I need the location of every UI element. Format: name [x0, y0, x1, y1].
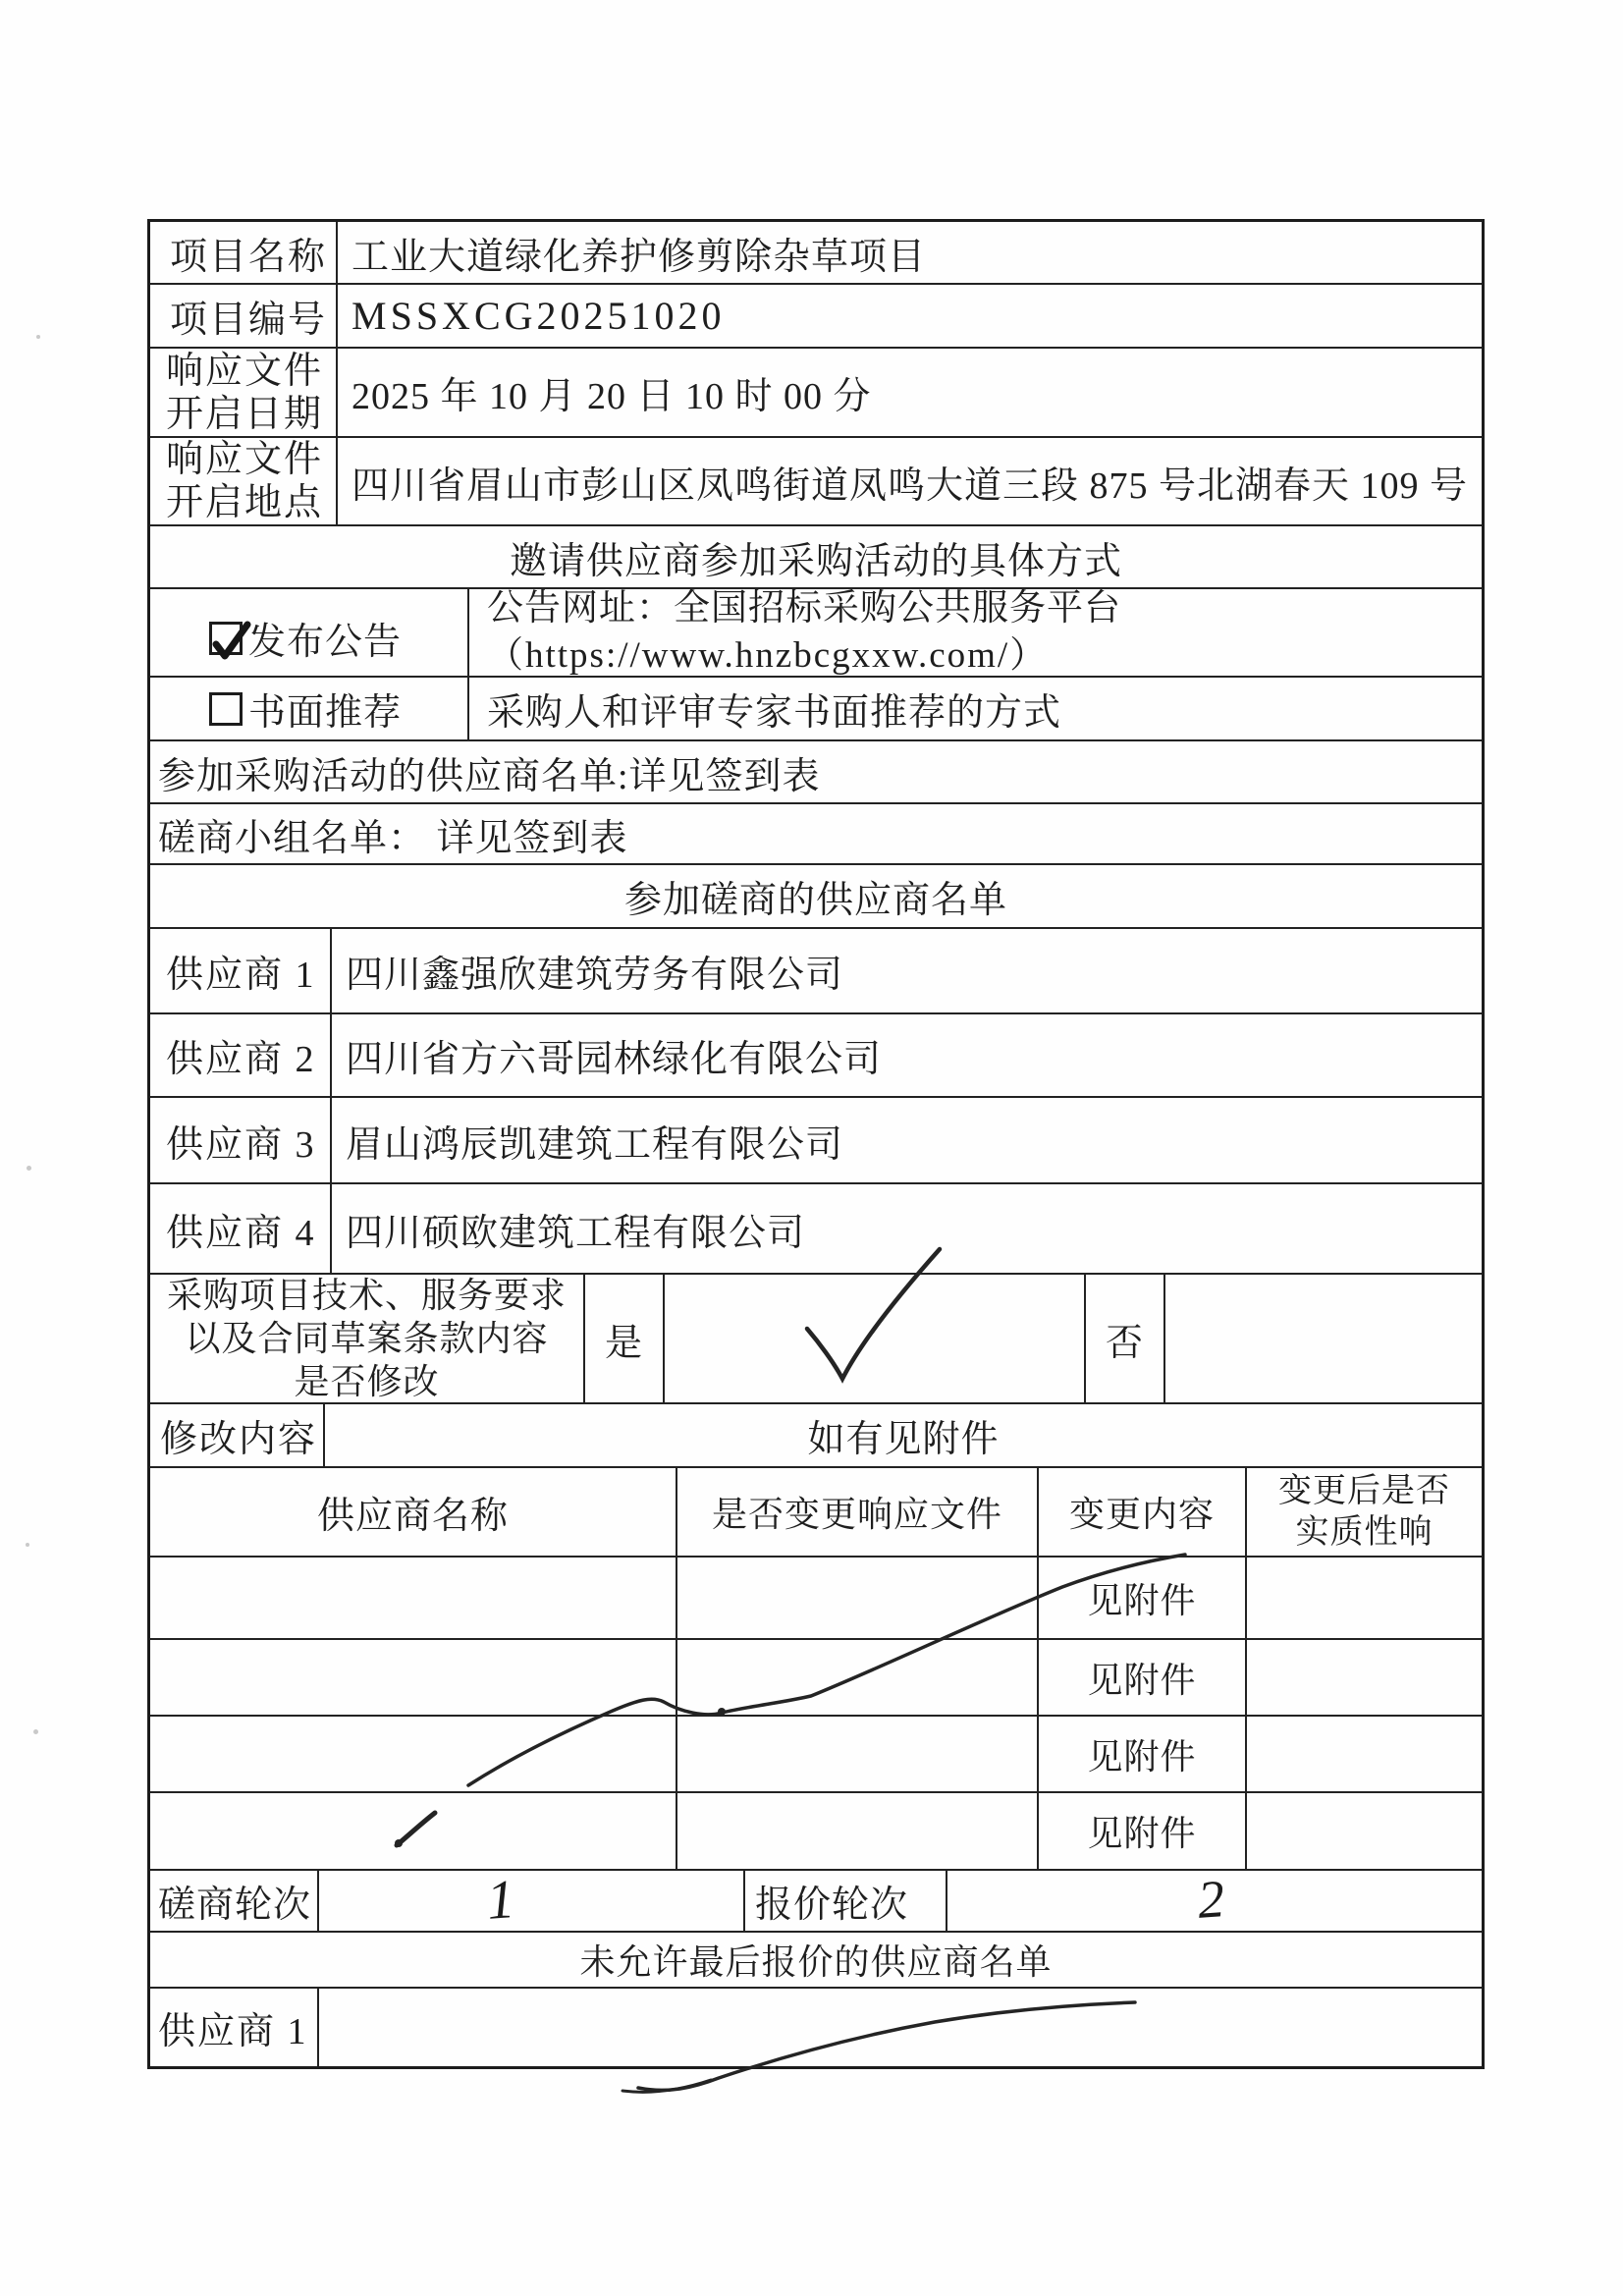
excluded-supplier-value [319, 1989, 1482, 2066]
written-recommendation-option: 书面推荐 [150, 678, 469, 739]
suppliers-list-header: 参加磋商的供应商名单 [150, 865, 1482, 927]
change-row-supplier [150, 1717, 677, 1791]
scan-speck [27, 1166, 31, 1171]
open-place-value: 四川省眉山市彭山区凤鸣街道凤鸣大道三段 875 号北湖春天 109 号 [338, 438, 1482, 524]
negotiation-round-label: 磋商轮次 [150, 1871, 319, 1931]
change-row-supplier [150, 1793, 677, 1869]
modify-question-label: 采购项目技术、服务要求 以及合同草案条款内容 是否修改 [150, 1275, 585, 1402]
change-header-substantive-line1: 变更后是否 [1278, 1471, 1450, 1512]
row-modify-question: 采购项目技术、服务要求 以及合同草案条款内容 是否修改 是 否 [150, 1275, 1482, 1404]
change-header-substantive: 变更后是否 实质性响 [1247, 1468, 1482, 1556]
modify-no-label: 否 [1086, 1275, 1165, 1402]
handwritten-quote-round: 2 [1196, 1868, 1226, 1931]
row-no-final-quote-header: 未允许最后报价的供应商名单 [150, 1933, 1482, 1989]
modify-question-line2: 以及合同草案条款内容 [185, 1317, 548, 1360]
supplier-row: 供应商 3 眉山鸿辰凯建筑工程有限公司 [150, 1098, 1482, 1184]
written-recommendation-label: 书面推荐 [248, 682, 402, 736]
change-header-content: 变更内容 [1039, 1468, 1247, 1556]
change-row-changed [677, 1640, 1039, 1715]
project-number-value: MSSXCG20251020 [338, 285, 1482, 347]
change-row-changed [677, 1793, 1039, 1869]
change-header-substantive-line2: 实质性响 [1296, 1512, 1434, 1554]
change-row-content: 见附件 [1039, 1558, 1247, 1638]
scan-speck [26, 1543, 29, 1547]
change-row-changed [677, 1558, 1039, 1638]
supplier-row: 供应商 1 四川鑫强欣建筑劳务有限公司 [150, 929, 1482, 1014]
row-modify-content: 修改内容 如有见附件 [150, 1404, 1482, 1468]
negotiation-round-value-cell [319, 1871, 745, 1931]
open-date-value: 2025 年 10 月 20 日 10 时 00 分 [338, 349, 1482, 436]
change-table-row: 见附件 [150, 1717, 1482, 1793]
scan-speck [36, 335, 40, 339]
scan-speck [33, 1729, 38, 1734]
supplier-label: 供应商 2 [150, 1014, 332, 1096]
attend-suppliers-note: 参加采购活动的供应商名单:详见签到表 [150, 741, 1482, 802]
row-panel-note: 磋商小组名单： 详见签到表 [150, 804, 1482, 865]
change-row-content: 见附件 [1039, 1640, 1247, 1715]
change-row-supplier [150, 1640, 677, 1715]
procurement-table: 项目名称 工业大道绿化养护修剪除杂草项目 项目编号 MSSXCG20251020… [147, 219, 1485, 2069]
announcement-url-title: 公告网址：全国招标采购公共服务平台 [487, 589, 1121, 632]
unchecked-checkbox-icon [209, 692, 243, 726]
change-table-row: 见附件 [150, 1640, 1482, 1717]
checked-checkbox-icon [209, 622, 243, 655]
change-table-row: 见附件 [150, 1558, 1482, 1640]
supplier-label: 供应商 1 [150, 929, 332, 1012]
project-number-label: 项目编号 [150, 285, 338, 347]
supplier-name: 四川鑫强欣建筑劳务有限公司 [332, 929, 1482, 1012]
change-header-supplier: 供应商名称 [150, 1468, 677, 1556]
modify-no-mark-cell [1165, 1275, 1482, 1402]
change-row-substantive [1247, 1717, 1482, 1791]
supplier-name: 四川省方六哥园林绿化有限公司 [332, 1014, 1482, 1096]
supplier-label: 供应商 3 [150, 1098, 332, 1182]
change-row-supplier [150, 1558, 677, 1638]
row-excluded-supplier: 供应商 1 [150, 1989, 1482, 2066]
row-open-place: 响应文件开启地点 四川省眉山市彭山区凤鸣街道凤鸣大道三段 875 号北湖春天 1… [150, 438, 1482, 526]
open-place-label: 响应文件开启地点 [150, 438, 338, 524]
announcement-option: 发布公告 [150, 589, 469, 676]
negotiation-panel-note: 磋商小组名单： 详见签到表 [150, 804, 1482, 863]
announcement-detail: 公告网址：全国招标采购公共服务平台 （https://www.hnzbcgxxw… [469, 589, 1482, 676]
modify-yes-label: 是 [585, 1275, 665, 1402]
quote-round-label: 报价轮次 [745, 1871, 947, 1931]
written-recommendation-value: 采购人和评审专家书面推荐的方式 [469, 678, 1482, 739]
scanned-procurement-form: 项目名称 工业大道绿化养护修剪除杂草项目 项目编号 MSSXCG20251020… [0, 0, 1623, 2296]
project-name-label: 项目名称 [150, 222, 338, 283]
change-header-changed: 是否变更响应文件 [677, 1468, 1039, 1556]
change-row-content: 见附件 [1039, 1793, 1247, 1869]
row-attend-note: 参加采购活动的供应商名单:详见签到表 [150, 741, 1482, 804]
row-open-date: 响应文件开启日期 2025 年 10 月 20 日 10 时 00 分 [150, 349, 1482, 438]
change-row-substantive [1247, 1793, 1482, 1869]
supplier-name: 四川硕欧建筑工程有限公司 [332, 1184, 1482, 1273]
modify-yes-mark-cell [665, 1275, 1086, 1402]
row-invite-header: 邀请供应商参加采购活动的具体方式 [150, 526, 1482, 589]
announcement-url: （https://www.hnzbcgxxw.com/） [487, 632, 1048, 676]
change-row-substantive [1247, 1640, 1482, 1715]
no-final-quote-header: 未允许最后报价的供应商名单 [150, 1933, 1482, 1987]
modify-content-value: 如有见附件 [325, 1404, 1482, 1466]
change-table-row: 见附件 [150, 1793, 1482, 1871]
handwritten-negotiation-round: 1 [485, 1868, 516, 1933]
invite-method-header: 邀请供应商参加采购活动的具体方式 [150, 526, 1482, 587]
row-change-table-header: 供应商名称 是否变更响应文件 变更内容 变更后是否 实质性响 [150, 1468, 1482, 1558]
supplier-name: 眉山鸿辰凯建筑工程有限公司 [332, 1098, 1482, 1182]
row-suppliers-header: 参加磋商的供应商名单 [150, 865, 1482, 929]
open-date-label: 响应文件开启日期 [150, 349, 338, 436]
row-project-name: 项目名称 工业大道绿化养护修剪除杂草项目 [150, 222, 1482, 285]
change-row-content: 见附件 [1039, 1717, 1247, 1791]
row-rounds: 磋商轮次 报价轮次 [150, 1871, 1482, 1933]
row-project-number: 项目编号 MSSXCG20251020 [150, 285, 1482, 349]
change-row-changed [677, 1717, 1039, 1791]
supplier-row: 供应商 2 四川省方六哥园林绿化有限公司 [150, 1014, 1482, 1098]
modify-question-line3: 是否修改 [294, 1360, 439, 1402]
supplier-label: 供应商 4 [150, 1184, 332, 1273]
row-announcement: 发布公告 公告网址：全国招标采购公共服务平台 （https://www.hnzb… [150, 589, 1482, 678]
supplier-row: 供应商 4 四川硕欧建筑工程有限公司 [150, 1184, 1482, 1275]
row-written-recommendation: 书面推荐 采购人和评审专家书面推荐的方式 [150, 678, 1482, 741]
excluded-supplier-label: 供应商 1 [150, 1989, 319, 2066]
project-name-value: 工业大道绿化养护修剪除杂草项目 [338, 222, 1482, 283]
modify-question-line1: 采购项目技术、服务要求 [167, 1275, 567, 1317]
change-row-substantive [1247, 1558, 1482, 1638]
modify-content-label: 修改内容 [150, 1404, 325, 1466]
announcement-label: 发布公告 [248, 611, 402, 665]
